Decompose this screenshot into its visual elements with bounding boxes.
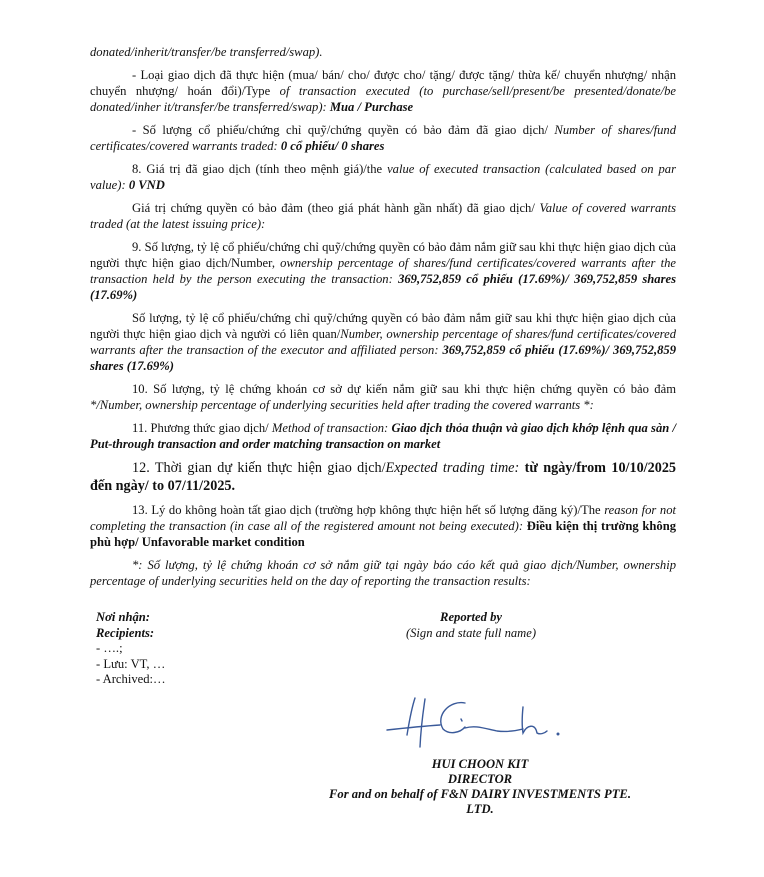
signer-name: HUI CHOON KIT [290, 757, 670, 772]
signer-behalf: For and on behalf of F&N DAIRY INVESTMEN… [290, 787, 670, 802]
item-13-reason: 13. Lý do không hoàn tất giao dịch (trườ… [90, 502, 676, 550]
item-9-holding: 9. Số lượng, tỷ lệ cổ phiếu/chứng chỉ qu… [90, 239, 676, 303]
shares-traded: - Số lượng cổ phiếu/chứng chỉ quỹ/chứng … [90, 122, 676, 154]
footnote: *: Số lượng, tỷ lệ chứng khoán cơ sở nắm… [90, 557, 676, 589]
covered-warrant-value: Giá trị chứng quyền có bảo đảm (theo giá… [90, 200, 676, 232]
item-12-time: 12. Thời gian dự kiến thực hiện giao dịc… [90, 459, 676, 495]
paragraph-continuation: donated/inherit/transfer/be transferred/… [90, 44, 676, 60]
item-11-method: 11. Phương thức giao dịch/ Method of tra… [90, 420, 676, 452]
signer-block: HUI CHOON KIT DIRECTOR For and on behalf… [290, 757, 670, 817]
signature-image [365, 695, 565, 755]
recipient-item: - Archived:… [96, 672, 296, 688]
recipient-item: - ….; [96, 641, 296, 657]
shares-traded-value: 0 cổ phiếu/ 0 shares [281, 139, 385, 153]
reported-by-block: Reported by (Sign and state full name) [356, 610, 586, 641]
affiliated-holding: Số lượng, tỷ lệ cổ phiếu/chứng chỉ quỹ/c… [90, 310, 676, 374]
signer-title: DIRECTOR [290, 772, 670, 787]
item-10-underlying: 10. Số lượng, tỷ lệ chứng khoán cơ sở dự… [90, 381, 676, 413]
document-body: donated/inherit/transfer/be transferred/… [90, 44, 676, 596]
transaction-type: - Loại giao dịch đã thực hiện (mua/ bán/… [90, 67, 676, 115]
item-8-value: 8. Giá trị đã giao dịch (tính theo mệnh … [90, 161, 676, 193]
recipients-block: Nơi nhận: Recipients: - ….; - Lưu: VT, …… [96, 610, 296, 688]
recipient-item: - Lưu: VT, … [96, 657, 296, 673]
transaction-type-value: Mua / Purchase [330, 100, 413, 114]
